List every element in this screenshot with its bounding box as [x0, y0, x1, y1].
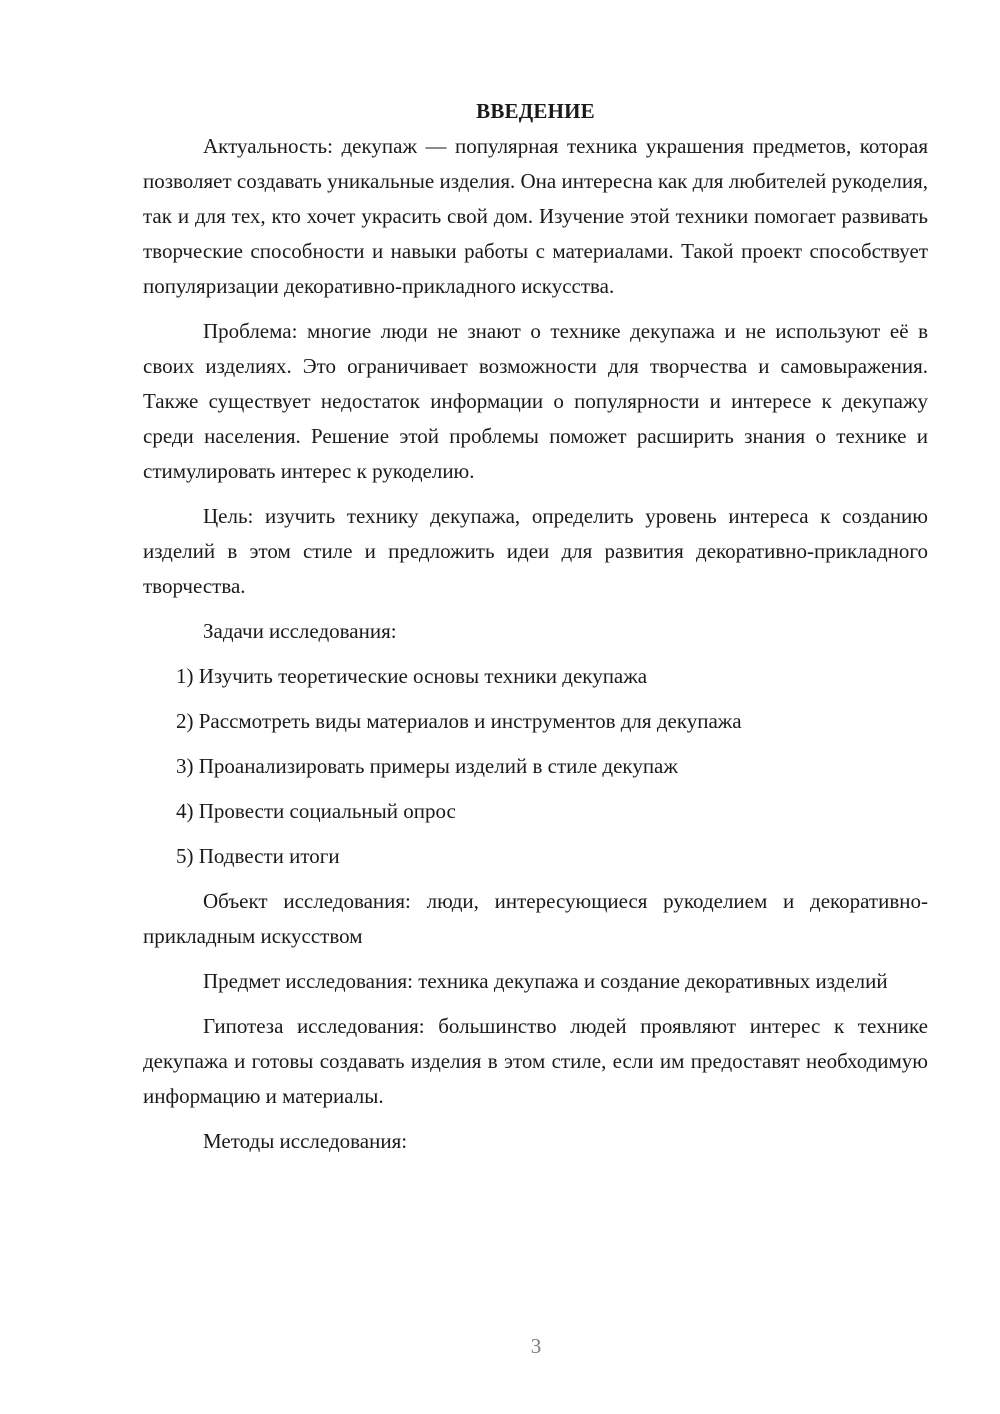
tasks-heading: Задачи исследования: [143, 614, 928, 649]
task-item: 4) Провести социальный опрос [143, 794, 928, 829]
task-item: 5) Подвести итоги [143, 839, 928, 874]
page-number: 3 [0, 1334, 1000, 1359]
hypothesis-paragraph: Гипотеза исследования: большинство людей… [143, 1009, 928, 1114]
relevance-paragraph: Актуальность: декупаж — популярная техни… [143, 129, 928, 304]
subject-paragraph: Предмет исследования: техника декупажа и… [143, 964, 928, 999]
object-paragraph: Объект исследования: люди, интересующиес… [143, 884, 928, 954]
section-title: ВВЕДЕНИЕ [143, 94, 928, 129]
document-page: ВВЕДЕНИЕ Актуальность: декупаж — популяр… [143, 94, 928, 1169]
tasks-list: 1) Изучить теоретические основы техники … [143, 659, 928, 874]
task-item: 2) Рассмотреть виды материалов и инструм… [143, 704, 928, 739]
problem-paragraph: Проблема: многие люди не знают о технике… [143, 314, 928, 489]
goal-paragraph: Цель: изучить технику декупажа, определи… [143, 499, 928, 604]
task-item: 1) Изучить теоретические основы техники … [143, 659, 928, 694]
task-item: 3) Проанализировать примеры изделий в ст… [143, 749, 928, 784]
methods-heading: Методы исследования: [143, 1124, 928, 1159]
